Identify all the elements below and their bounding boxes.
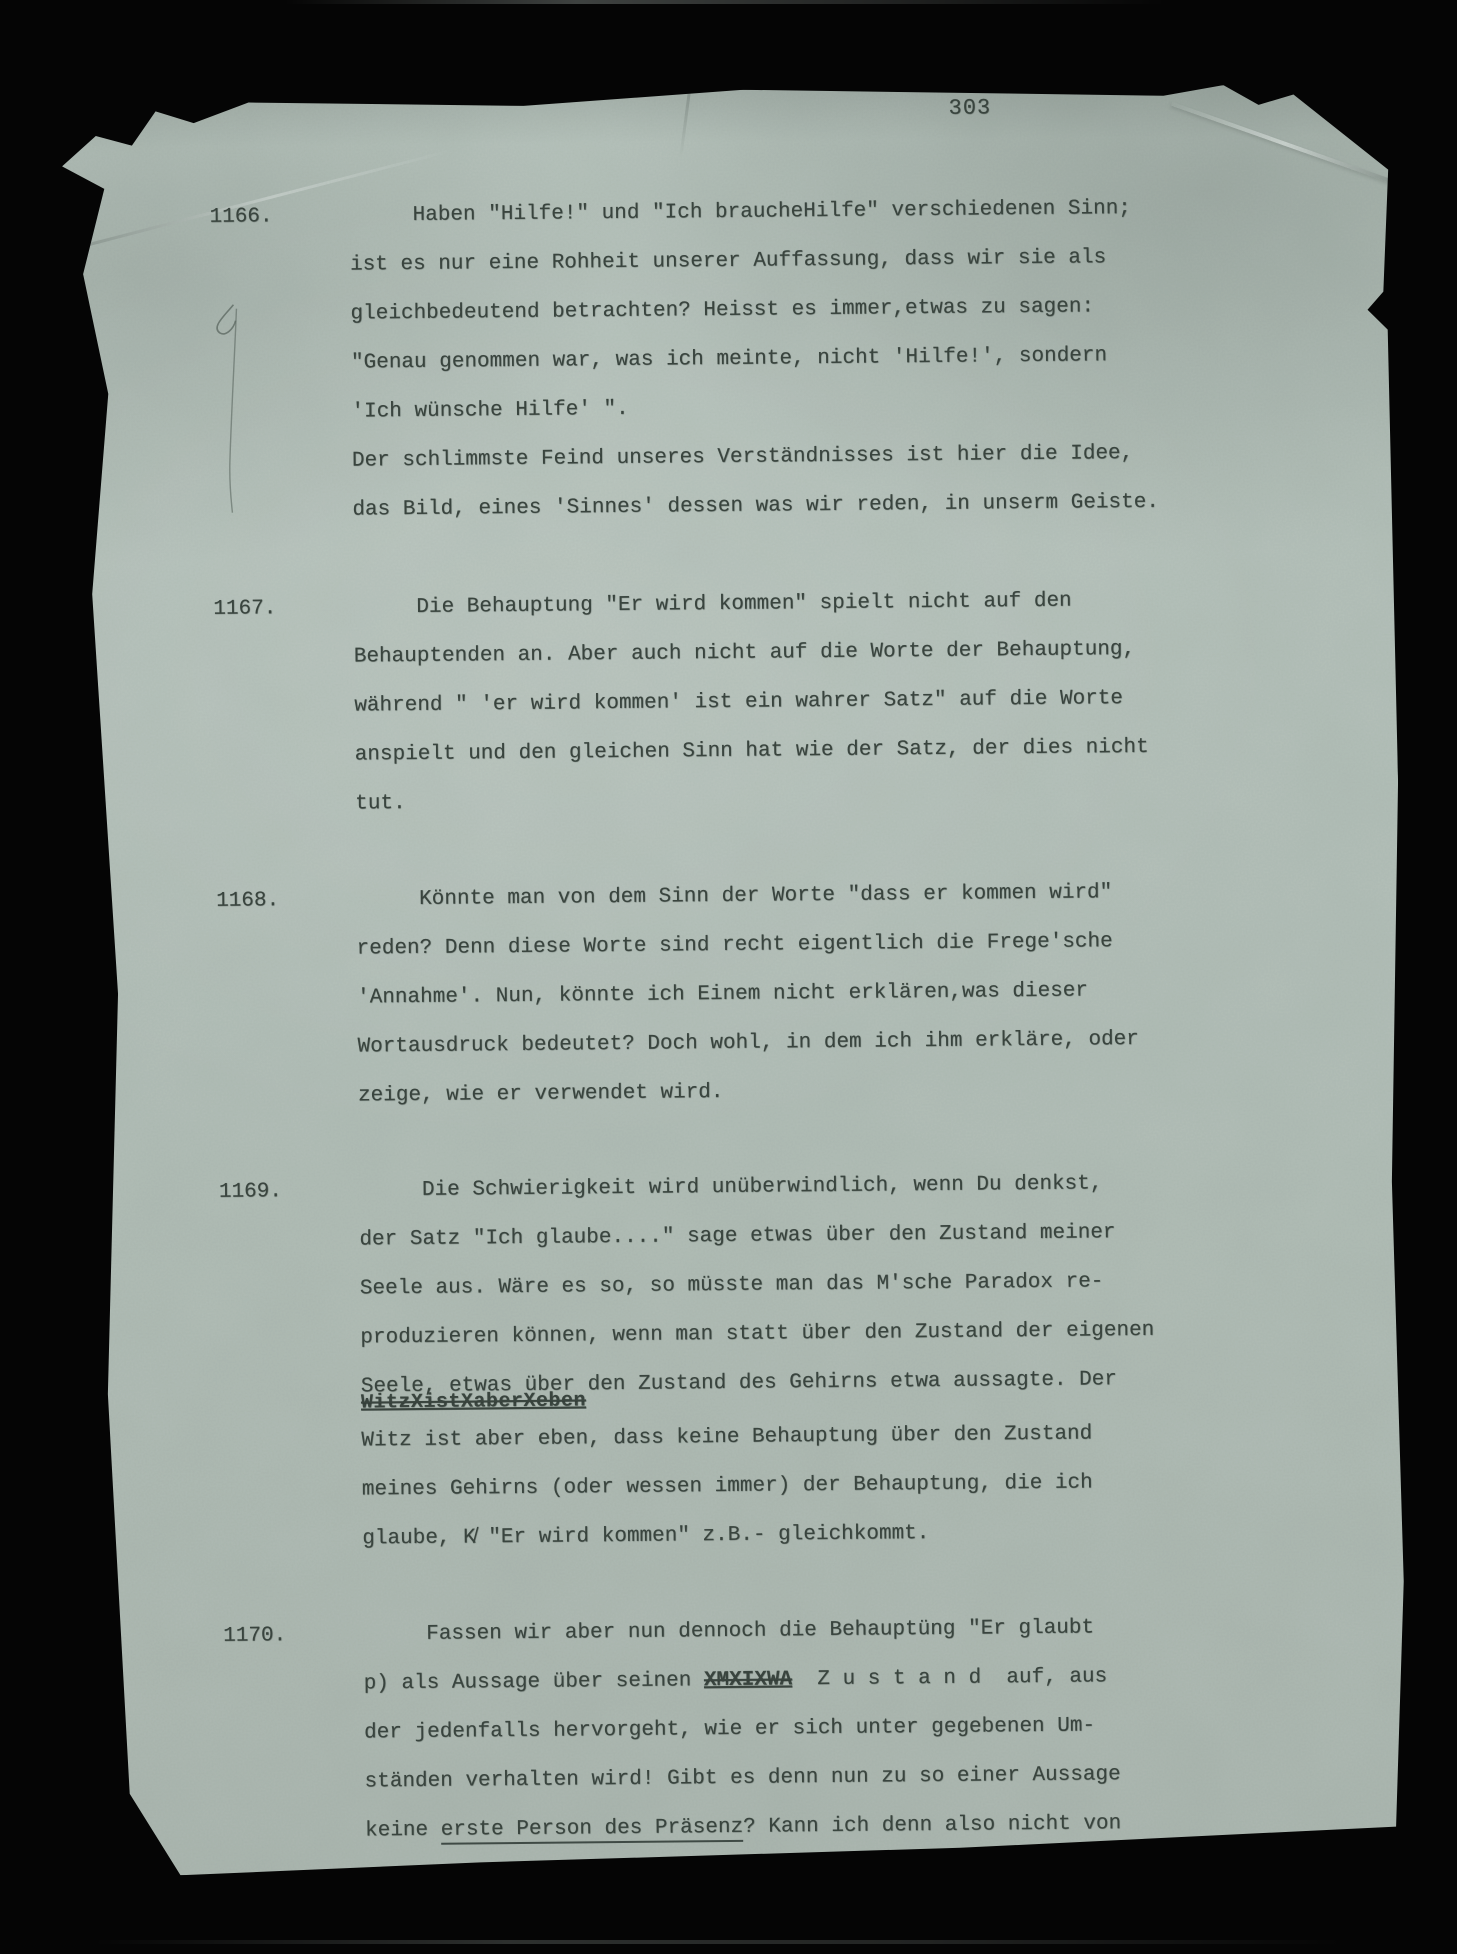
typescript-line: zeige, wie er verwendet wird. — [358, 1063, 1198, 1120]
typescript-line: Der schlimmste Feind unseres Verständnis… — [352, 429, 1192, 486]
remark-1167: 1167. Die Behauptung "Er wird kommen" sp… — [353, 575, 1195, 828]
typescript-line: Wortausdruck bedeutet? Doch wohl, in dem… — [357, 1014, 1197, 1071]
typescript-line: Haben "Hilfe!" und "Ich braucheHilfe" ve… — [349, 184, 1189, 241]
typescript-line: gleichbedeutend betrachten? Heisst es im… — [350, 282, 1190, 339]
typescript-line: Fassen wir aber nun dennoch die Behauptü… — [363, 1602, 1203, 1659]
line-segment: p) als Aussage über seinen — [364, 1669, 704, 1695]
typescript-line: das Bild, eines 'Sinnes' dessen was wir … — [352, 478, 1192, 535]
typescript-line: Könnte man von dem Sinn der Worte "dass … — [356, 867, 1196, 924]
page-content: 303 1166. Haben "Hilfe!" und "Ich brauch… — [43, 82, 1408, 1895]
typescript-line: anspielt und den gleichen Sinn hat wie d… — [355, 722, 1195, 779]
typescript-line: meines Gehirns (oder wessen immer) der B… — [362, 1457, 1202, 1514]
remark-number: 1170. — [223, 1611, 286, 1661]
typescript-line: Witz ist aber eben, dass keine Behauptun… — [361, 1408, 1201, 1465]
remark-1166: 1166. Haben "Hilfe!" und "Ich braucheHil… — [349, 184, 1192, 535]
typescript-line: keine erste Person des Präsenz? Kann ich… — [365, 1798, 1205, 1855]
crossed-out-word: XMXIXWA — [704, 1668, 792, 1692]
typescript-line: Seele aus. Wäre es so, so müsste man das… — [360, 1256, 1200, 1313]
typescript-line: ist es nur eine Rohheit unserer Auffassu… — [350, 233, 1190, 290]
typescript-line: Die Schwierigkeit wird unüberwindlich, w… — [359, 1158, 1199, 1215]
page-number: 303 — [948, 95, 991, 120]
line-segment: Z u s t a n d auf, aus — [792, 1665, 1107, 1691]
remark-1169: 1169. Die Schwierigkeit wird unüberwindl… — [359, 1158, 1203, 1563]
typescript-line: Die Behauptung "Er wird kommen" spielt n… — [353, 575, 1193, 632]
typescript-line: der jedenfalls hervorgeht, wie er sich u… — [364, 1700, 1204, 1757]
photo-edge-top — [285, 0, 1165, 4]
typescript-line: 'Annahme'. Nun, könnte ich Einem nicht e… — [357, 965, 1197, 1022]
typescript-line: ständen verhalten wird! Gibt es denn nun… — [364, 1749, 1204, 1806]
remark-number: 1167. — [213, 584, 276, 634]
typescript-line: produzieren können, wenn man statt über … — [360, 1305, 1200, 1362]
photo-edge-bottom — [95, 1940, 1340, 1944]
typescript-line: glaube, K̸ "Er wird kommen" z.B.- gleich… — [362, 1506, 1202, 1563]
underlined-phrase: erste Person des Präsenz — [441, 1816, 744, 1845]
margin-pencil-mark — [203, 291, 253, 521]
remark-number: 1169. — [219, 1167, 282, 1217]
typescript-line: der Satz "Ich glaube...." sage etwas übe… — [359, 1207, 1199, 1264]
line-segment: ? Kann ich denn also nicht von — [743, 1812, 1121, 1839]
typescript-line: Behauptenden an. Aber auch nicht auf die… — [354, 624, 1194, 681]
typescript-line: "Genau genommen war, was ich meinte, nic… — [351, 331, 1191, 388]
typescript-line: p) als Aussage über seinen XMXIXWA Z u s… — [363, 1651, 1203, 1708]
remark-number: 1168. — [216, 876, 279, 926]
remark-number: 1166. — [209, 192, 272, 242]
typescript-page: 303 1166. Haben "Hilfe!" und "Ich brauch… — [43, 82, 1408, 1895]
typescript-line: reden? Denn diese Worte sind recht eigen… — [356, 916, 1196, 973]
line-segment: keine — [365, 1819, 441, 1843]
typescript-line: 'Ich wünsche Hilfe' ". — [351, 380, 1191, 437]
remark-1168: 1168. Könnte man von dem Sinn der Worte … — [356, 867, 1198, 1120]
remark-1170: 1170. Fassen wir aber nun dennoch die Be… — [363, 1602, 1205, 1855]
typescript-line: während " 'er wird kommen' ist ein wahre… — [354, 673, 1194, 730]
typescript-line: tut. — [355, 771, 1195, 828]
